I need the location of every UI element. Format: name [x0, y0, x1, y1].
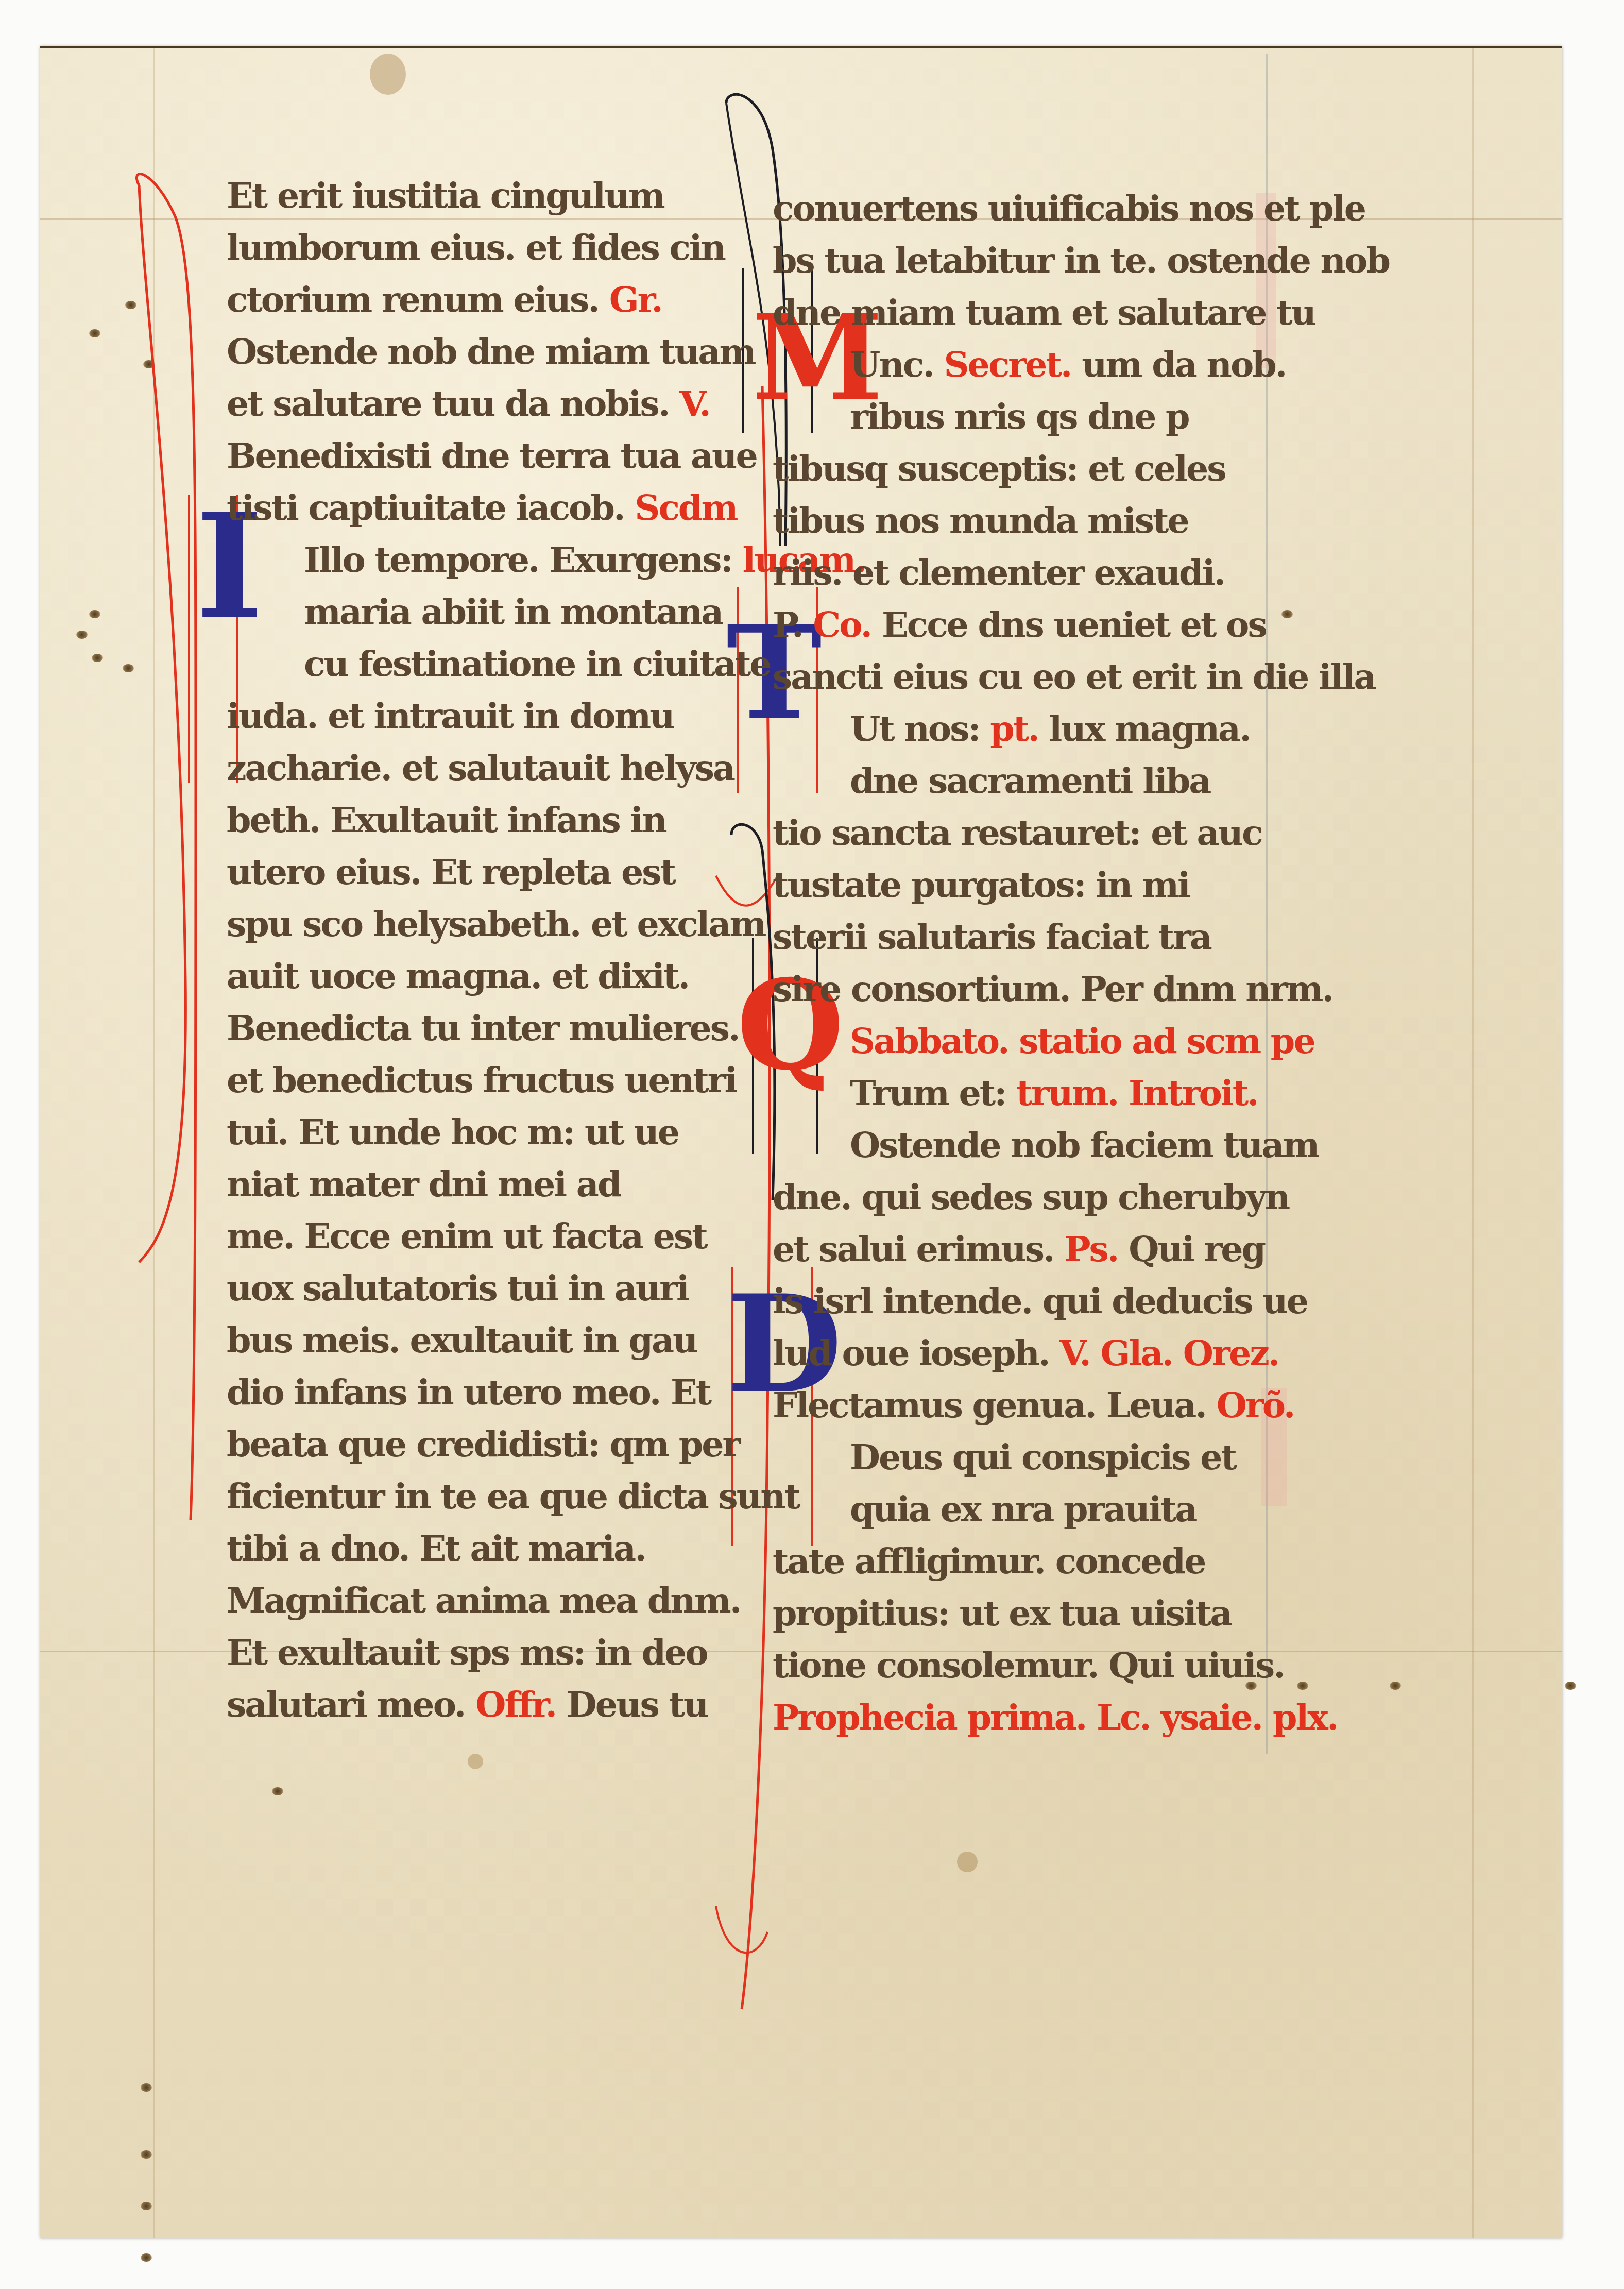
text-line: Flectamus genua. Leua. Orõ. — [773, 1380, 1283, 1432]
text-line: sterii salutaris faciat tra — [773, 911, 1283, 963]
text-line: dne. qui sedes sup cherubyn — [773, 1172, 1283, 1224]
text-line: is isrl intende. qui deducis ue — [773, 1276, 1283, 1328]
rubric: Co. — [813, 604, 871, 646]
text-line: et salui erimus. Ps. Qui reg — [773, 1224, 1283, 1276]
text-line: Benedicta tu inter mulieres. — [227, 1003, 721, 1055]
text-line: Et erit iustitia cingulum — [227, 170, 721, 222]
text-line: utero eius. Et repleta est — [227, 846, 721, 898]
text-line: bus meis. exultauit in gau — [227, 1315, 721, 1367]
text-line: iuda. et intrauit in domu — [227, 690, 721, 742]
text-line: lud oue ioseph. V. Gla. Orez. — [773, 1328, 1283, 1380]
rubric: Secret. — [944, 344, 1071, 385]
rubric: Ps. — [1064, 1229, 1118, 1270]
rubric: Orõ. — [1217, 1385, 1294, 1426]
text-line: tione consolemur. Qui uiuis. — [773, 1640, 1283, 1692]
text-line: spu sco helysabeth. et exclam — [227, 898, 721, 951]
text-line: zacharie. et salutauit helysa — [227, 742, 721, 794]
rubric: V. — [679, 383, 710, 425]
text-line: Unc. Secret. um da nob. — [773, 339, 1283, 391]
binding-hole — [1297, 1682, 1308, 1690]
text-line: P. Co. Ecce dns ueniet et os — [773, 599, 1283, 651]
rubric: trum. Introit. — [1016, 1073, 1258, 1114]
text-line: beth. Exultauit infans in — [227, 794, 721, 846]
text-line: propitius: ut ex tua uisita — [773, 1588, 1283, 1640]
text-line: tio sancta restauret: et auc — [773, 807, 1283, 859]
binding-hole — [141, 2202, 152, 2210]
text-line: riis. et clementer exaudi. — [773, 547, 1283, 599]
binding-hole — [89, 329, 100, 337]
stain — [957, 1852, 978, 1872]
text-line: salutari meo. Offr. Deus tu — [227, 1679, 721, 1731]
text-line: tate affligimur. concede — [773, 1536, 1283, 1588]
text-line: conuertens uiuificabis nos et ple — [773, 183, 1283, 235]
binding-hole — [141, 2150, 152, 2159]
text-line: sancti eius cu eo et erit in die illa — [773, 651, 1283, 703]
text-line: sire consortium. Per dnm nrm. — [773, 963, 1283, 1015]
text-line: beata que credidisti: qm per — [227, 1419, 721, 1471]
text-line: Ostende nob faciem tuam — [773, 1120, 1283, 1172]
left-text-column: Et erit iustitia cingulum lumborum eius.… — [227, 170, 721, 1731]
stain — [468, 1754, 483, 1769]
stain — [370, 54, 406, 95]
text-line: et salutare tuu da nobis. V. — [227, 378, 721, 430]
binding-hole — [89, 610, 100, 618]
text-line: tibus nos munda miste — [773, 495, 1283, 547]
text-line: bs tua letabitur in te. ostende nob — [773, 235, 1283, 287]
rubric: Scdm — [635, 487, 737, 529]
text-line: uox salutatoris tui in auri — [227, 1263, 721, 1315]
text-line: me. Ecce enim ut facta est — [227, 1211, 721, 1263]
binding-hole — [92, 654, 103, 662]
text-line: Deus qui conspicis et — [773, 1432, 1283, 1484]
text-line: cu festinatione in ciuitate — [227, 638, 721, 690]
text-line: niat mater dni mei ad — [227, 1159, 721, 1211]
fold-line — [1472, 48, 1474, 2238]
rubric: Orez. — [1183, 1333, 1279, 1374]
binding-hole — [76, 631, 88, 639]
rubric: pt. — [990, 708, 1038, 750]
text-line: ficientur in te ea que dicta sunt — [227, 1471, 721, 1523]
rubric-heading: Sabbato. statio ad scm pe — [773, 1015, 1283, 1067]
text-line: tui. Et unde hoc m: ut ue — [227, 1107, 721, 1159]
right-text-column: conuertens uiuificabis nos et ple bs tua… — [773, 183, 1283, 1744]
text-line: Et exultauit sps ms: in deo — [227, 1627, 721, 1679]
text-line: tibi a dno. Et ait maria. — [227, 1523, 721, 1575]
rubric: Gr. — [609, 279, 662, 320]
text-line: Illo tempore. Exurgens: lucam. — [227, 534, 721, 586]
binding-hole — [1390, 1682, 1401, 1690]
text-line: dne sacramenti liba — [773, 755, 1283, 807]
text-line: Ut nos: pt. lux magna. — [773, 703, 1283, 755]
text-line: quia ex nra prauita — [773, 1484, 1283, 1536]
text-line: Benedixisti dne terra tua aue — [227, 430, 721, 482]
binding-hole — [141, 2083, 152, 2092]
binding-hole — [1281, 610, 1293, 618]
text-line: tisti captiuitate iacob. Scdm — [227, 482, 721, 534]
text-line: et benedictus fructus uentri — [227, 1055, 721, 1107]
text-line: dne miam tuam et salutare tu — [773, 287, 1283, 339]
text-line: auit uoce magna. et dixit. — [227, 951, 721, 1003]
text-line: lumborum eius. et fides cin — [227, 222, 721, 274]
rubric: V. Gla. — [1059, 1333, 1172, 1374]
binding-hole — [1565, 1682, 1576, 1690]
text-line: maria abiit in montana — [227, 586, 721, 638]
text-line: tibusq susceptis: et celes — [773, 443, 1283, 495]
text-line: dio infans in utero meo. Et — [227, 1367, 721, 1419]
text-line: Trum et: trum. Introit. — [773, 1067, 1283, 1120]
text-line: ribus nris qs dne p — [773, 391, 1283, 443]
text-line: tustate purgatos: in mi — [773, 859, 1283, 911]
binding-hole — [141, 2253, 152, 2262]
rubric: Offr. — [475, 1684, 556, 1725]
rubric-heading: Prophecia prima. Lc. ysaie. plx. — [773, 1692, 1283, 1744]
text-line: ctorium renum eius. Gr. — [227, 274, 721, 326]
red-penwork-flourish — [118, 155, 221, 1546]
text-line: Magnificat anima mea dnm. — [227, 1575, 721, 1627]
text-line: Ostende nob dne miam tuam — [227, 326, 721, 378]
binding-hole — [272, 1787, 283, 1795]
